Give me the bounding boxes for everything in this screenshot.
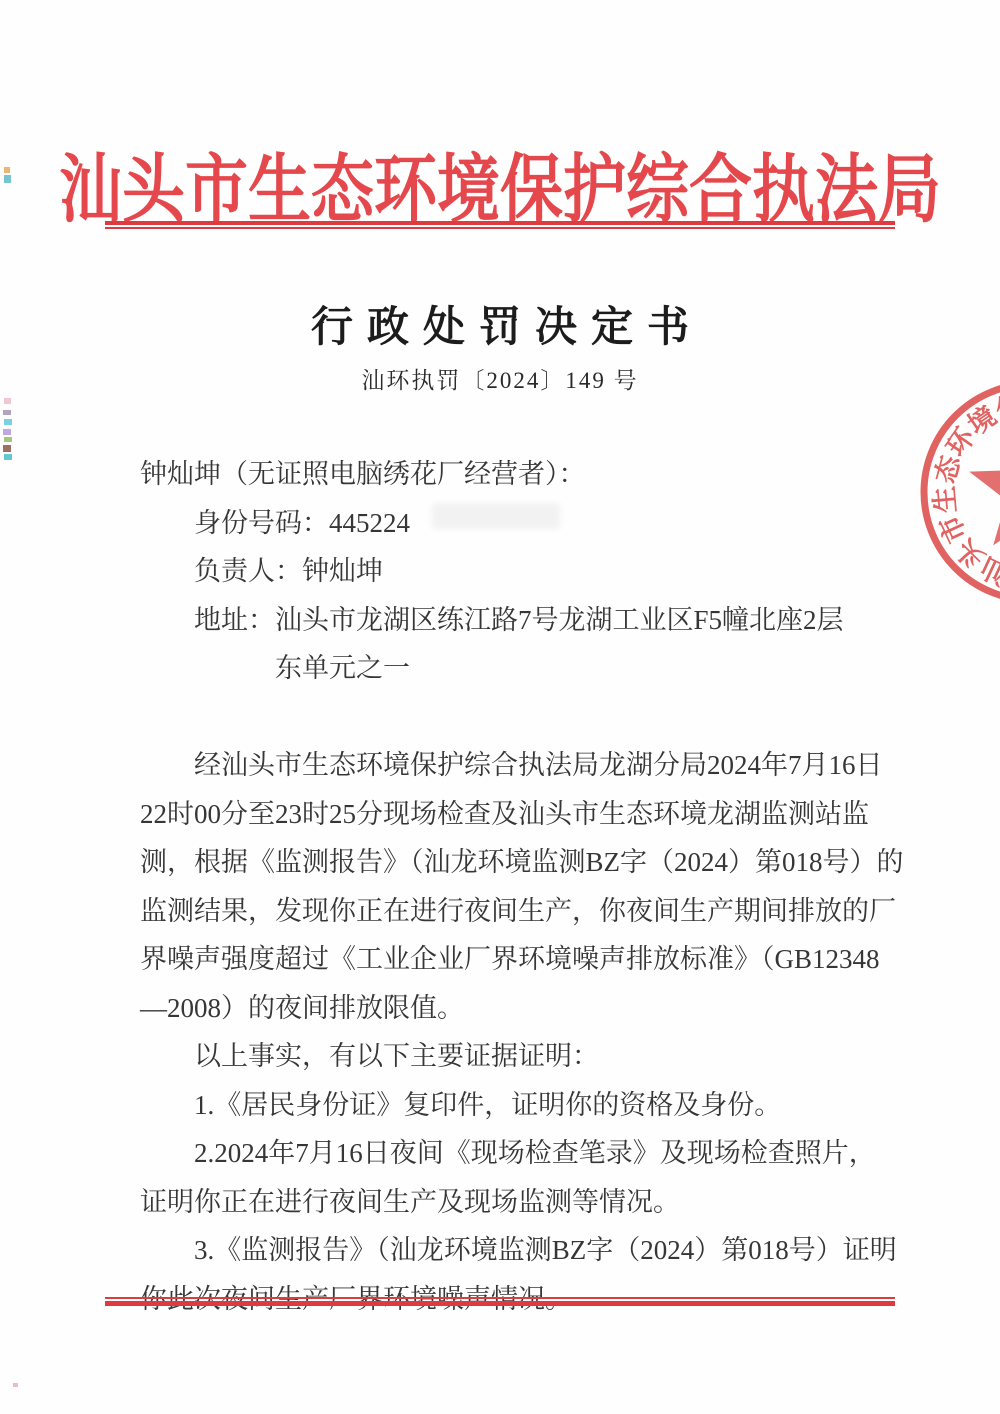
recipient-address-line: 地址：汕头市龙湖区练江路7号龙湖工业区F5幢北座2层 <box>140 596 920 645</box>
recipient-address-line-2: 东单元之一 <box>140 644 920 693</box>
scan-artifact <box>13 1383 18 1387</box>
scan-artifact <box>3 429 11 435</box>
document-number: 汕环执罚〔2024〕149 号 <box>0 362 1000 395</box>
body-text-block: 经汕头市生态环境保护综合执法局龙湖分局2024年7月16日22时00分至23时2… <box>140 741 920 1323</box>
recipient-responsible-line: 负责人：钟灿坤 <box>140 547 920 596</box>
scan-artifact <box>4 454 12 460</box>
text-line: 证明你正在进行夜间生产及现场监测等情况。 <box>140 1178 920 1227</box>
scan-artifact <box>4 437 12 442</box>
text-line: 1.《居民身份证》复印件，证明你的资格及身份。 <box>140 1081 920 1130</box>
scan-artifact <box>4 419 12 425</box>
document-title: 行政处罚决定书 <box>0 294 1000 354</box>
scan-artifact <box>3 410 11 415</box>
id-number-redaction <box>432 503 560 529</box>
text-line: 2.2024年7月16日夜间《现场检查笔录》及现场检查照片， <box>140 1129 920 1178</box>
scan-artifact <box>3 445 11 452</box>
text-line: 以上事实，有以下主要证据证明： <box>140 1032 920 1081</box>
document-page: 汕头市生态环境保护综合执法局 行政处罚决定书 汕环执罚〔2024〕149 号 钟… <box>0 0 1000 1414</box>
svg-text:生: 生 <box>929 485 961 515</box>
scan-artifact <box>4 175 11 183</box>
text-line: 监测结果，发现你正在进行夜间生产，你夜间生产期间排放的厂 <box>140 887 920 936</box>
footer-rule <box>105 1297 895 1306</box>
scan-artifact <box>4 398 11 404</box>
seal-text: 汕头市生态环境保护综合执法局 <box>929 388 1000 590</box>
text-line: 界噪声强度超过《工业企业厂界环境噪声排放标准》（GB12348 <box>140 935 920 984</box>
text-line: 测，根据《监测报告》（汕龙环境监测BZ字（2024）第018号）的 <box>140 838 920 887</box>
text-line: 22时00分至23时25分现场检查及汕头市生态环境龙湖监测站监 <box>140 790 920 839</box>
text-line: —2008）的夜间排放限值。 <box>140 984 920 1033</box>
scan-artifact <box>4 167 10 173</box>
recipient-salutation: 钟灿坤（无证照电脑绣花厂经营者）： <box>140 450 920 499</box>
header-rule <box>105 221 895 229</box>
text-line: 3.《监测报告》（汕龙环境监测BZ字（2024）第018号）证明 <box>140 1226 920 1275</box>
official-seal: 汕头市生态环境保护综合执法局 <box>902 362 1000 622</box>
text-line: 经汕头市生态环境保护综合执法局龙湖分局2024年7月16日 <box>140 741 920 790</box>
recipient-block: 钟灿坤（无证照电脑绣花厂经营者）： 身份号码：445224 负责人：钟灿坤 地址… <box>140 450 920 693</box>
